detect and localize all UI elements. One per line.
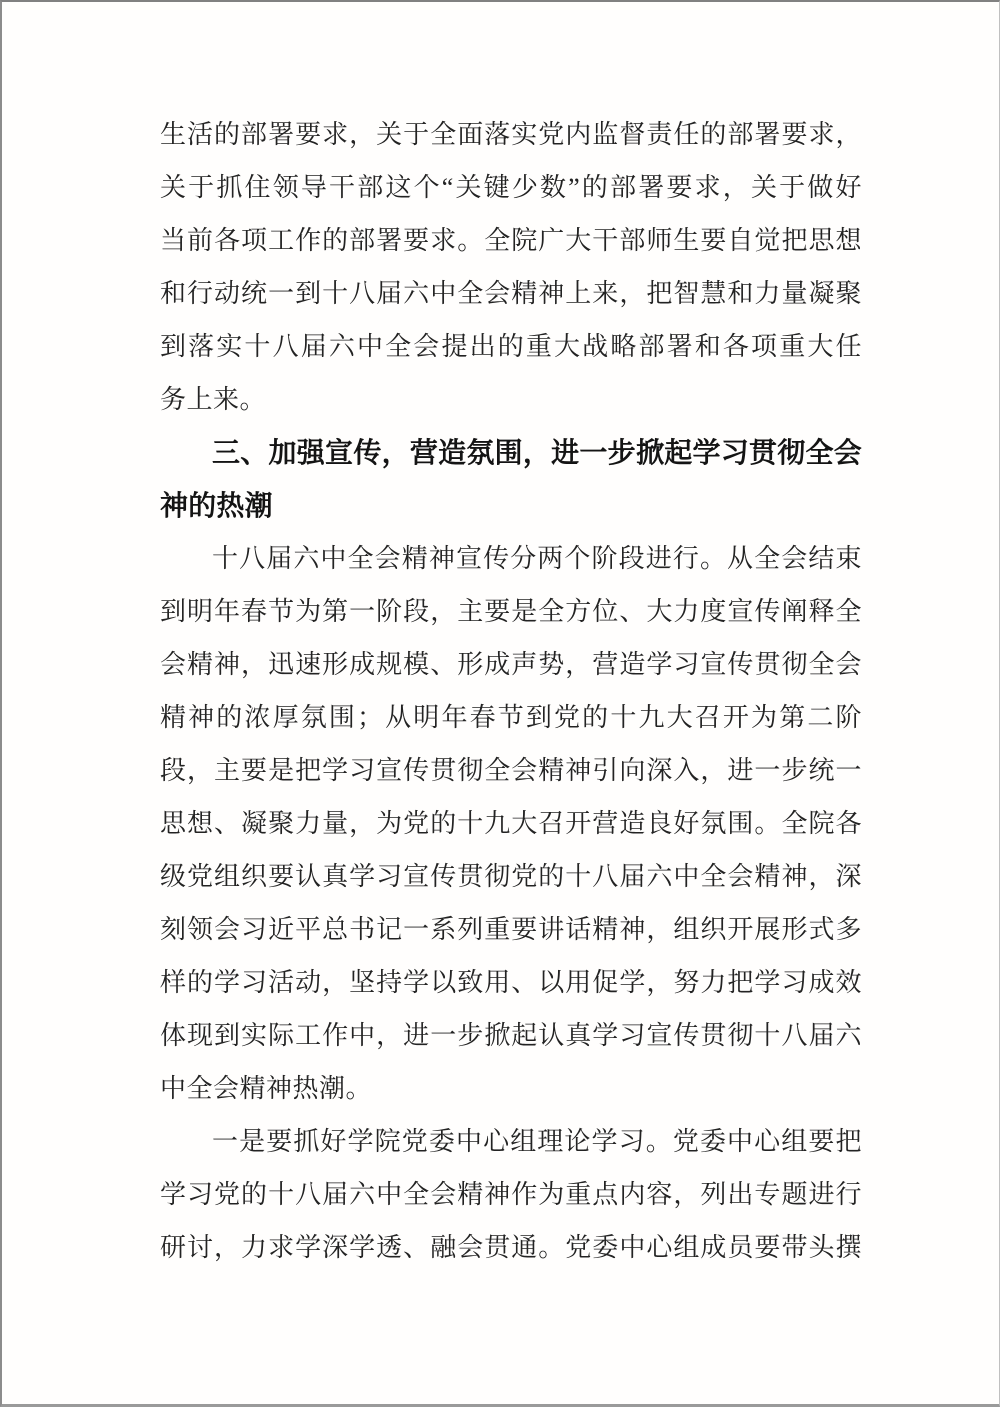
body-text-line: 当前各项工作的部署要求。全院广大干部师生要自觉把思想 <box>160 214 862 267</box>
body-text-line: 体现到实际工作中，进一步掀起认真学习宣传贯彻十八届六 <box>160 1009 862 1062</box>
body-text-line: 段，主要是把学习宣传贯彻全会精神引向深入，进一步统一 <box>160 744 862 797</box>
body-text-line: 学习党的十八届六中全会精神作为重点内容，列出专题进行 <box>160 1168 862 1221</box>
body-text-line: 级党组织要认真学习宣传贯彻党的十八届六中全会精神，深 <box>160 850 862 903</box>
body-text-line: 务上来。 <box>160 373 862 426</box>
body-text-line: 刻领会习近平总书记一系列重要讲话精神，组织开展形式多 <box>160 903 862 956</box>
body-text-line: 中全会精神热潮。 <box>160 1062 862 1115</box>
scanned-document-page: 生活的部署要求，关于全面落实党内监督责任的部署要求，关于抓住领导干部这个“关键少… <box>0 0 1000 1407</box>
body-text-line: 到明年春节为第一阶段，主要是全方位、大力度宣传阐释全 <box>160 585 862 638</box>
section-heading-line: 神的热潮 <box>160 479 862 532</box>
body-text-line: 样的学习活动，坚持学以致用、以用促学，努力把学习成效 <box>160 956 862 1009</box>
body-text-line: 一是要抓好学院党委中心组理论学习。党委中心组要把 <box>160 1115 862 1168</box>
body-text-line: 和行动统一到十八届六中全会精神上来，把智慧和力量凝聚 <box>160 267 862 320</box>
body-text-line: 到落实十八届六中全会提出的重大战略部署和各项重大任 <box>160 320 862 373</box>
body-text-line: 关于抓住领导干部这个“关键少数”的部署要求，关于做好 <box>160 161 862 214</box>
body-text-line: 十八届六中全会精神宣传分两个阶段进行。从全会结束 <box>160 532 862 585</box>
section-heading-line: 三、加强宣传，营造氛围，进一步掀起学习贯彻全会精 <box>160 426 862 479</box>
body-text-line: 生活的部署要求，关于全面落实党内监督责任的部署要求， <box>160 108 862 161</box>
body-text-line: 会精神，迅速形成规模、形成声势，营造学习宣传贯彻全会 <box>160 638 862 691</box>
body-text-line: 思想、凝聚力量，为党的十九大召开营造良好氛围。全院各 <box>160 797 862 850</box>
body-text-line: 研讨，力求学深学透、融会贯通。党委中心组成员要带头撰 <box>160 1221 862 1274</box>
document-text-block: 生活的部署要求，关于全面落实党内监督责任的部署要求，关于抓住领导干部这个“关键少… <box>160 108 862 1274</box>
body-text-line: 精神的浓厚氛围；从明年春节到党的十九大召开为第二阶 <box>160 691 862 744</box>
